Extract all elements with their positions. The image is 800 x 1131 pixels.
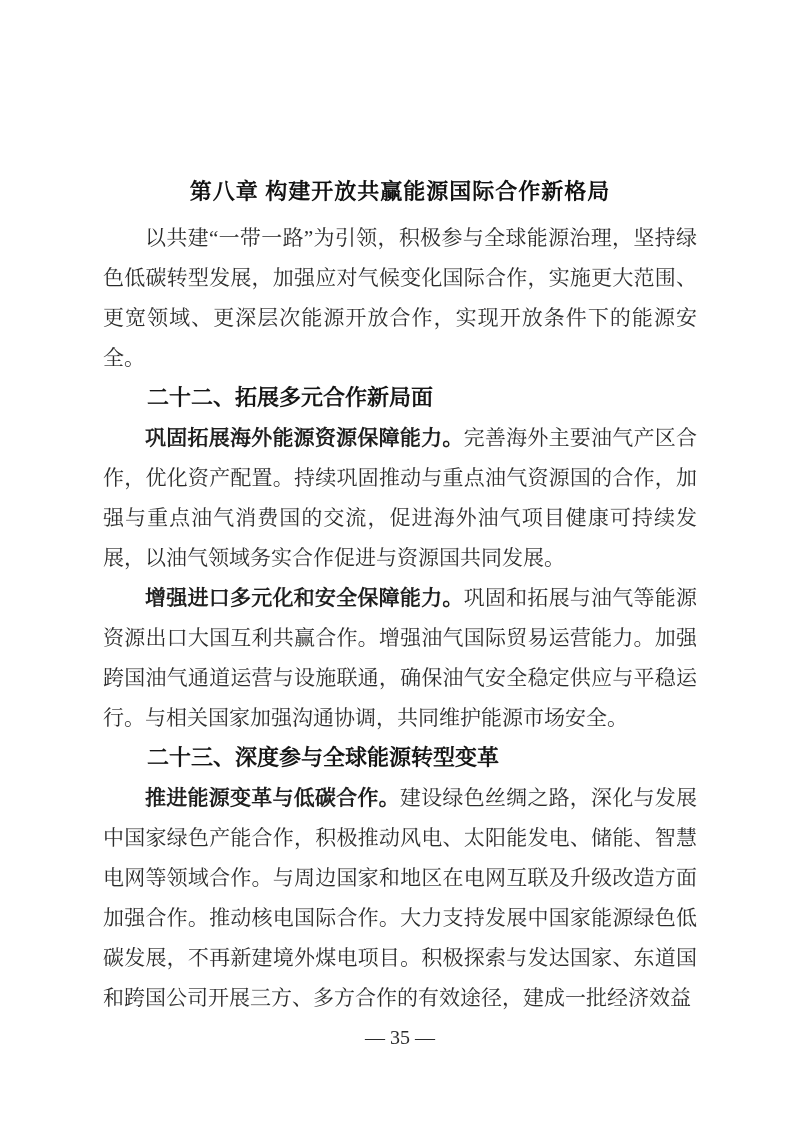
paragraph-text: 以共建“一带一路”为引领，积极参与全球能源治理，坚持绿色低碳转型发展，加强应对气… [103,226,697,370]
paragraph-lead: 巩固拓展海外能源资源保障能力。 [145,426,464,450]
paragraph-energy-transition: 推进能源变革与低碳合作。建设绿色丝绸之路，深化与发展中国家绿色产能合作，积极推动… [103,778,697,1018]
section-heading-23: 二十三、深度参与全球能源转型变革 [103,738,697,778]
paragraph-lead: 增强进口多元化和安全保障能力。 [145,586,464,610]
document-page: 第八章 构建开放共赢能源国际合作新格局 以共建“一带一路”为引领，积极参与全球能… [0,0,800,1131]
section-heading-22: 二十二、拓展多元合作新局面 [103,378,697,418]
paragraph-overseas-resources: 巩固拓展海外能源资源保障能力。完善海外主要油气产区合作，优化资产配置。持续巩固推… [103,418,697,578]
page-content: 第八章 构建开放共赢能源国际合作新格局 以共建“一带一路”为引领，积极参与全球能… [0,0,800,1056]
paragraph-lead: 推进能源变革与低碳合作。 [145,786,400,810]
intro-paragraph: 以共建“一带一路”为引领，积极参与全球能源治理，坚持绿色低碳转型发展，加强应对气… [103,218,697,378]
paragraph-import-diversification: 增强进口多元化和安全保障能力。巩固和拓展与油气等能源资源出口大国互利共赢合作。增… [103,578,697,738]
chapter-title: 第八章 构建开放共赢能源国际合作新格局 [103,172,697,212]
page-number: — 35 — [103,1020,697,1056]
paragraph-text: 建设绿色丝绸之路，深化与发展中国家绿色产能合作，积极推动风电、太阳能发电、储能、… [103,786,697,1010]
